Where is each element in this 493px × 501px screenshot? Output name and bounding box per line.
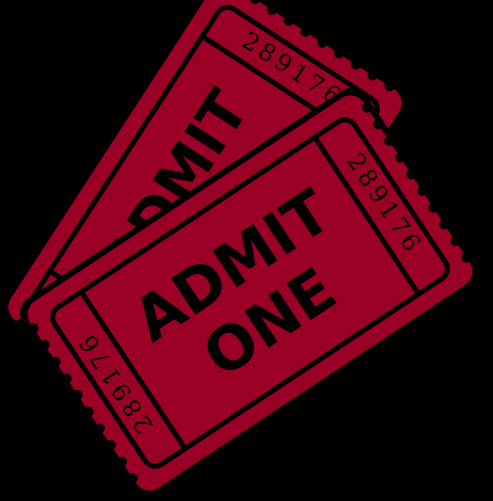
admit-one-tickets-illustration: 289176 289176 ADMIT ONE 289176 289176 AD… [0,0,493,501]
